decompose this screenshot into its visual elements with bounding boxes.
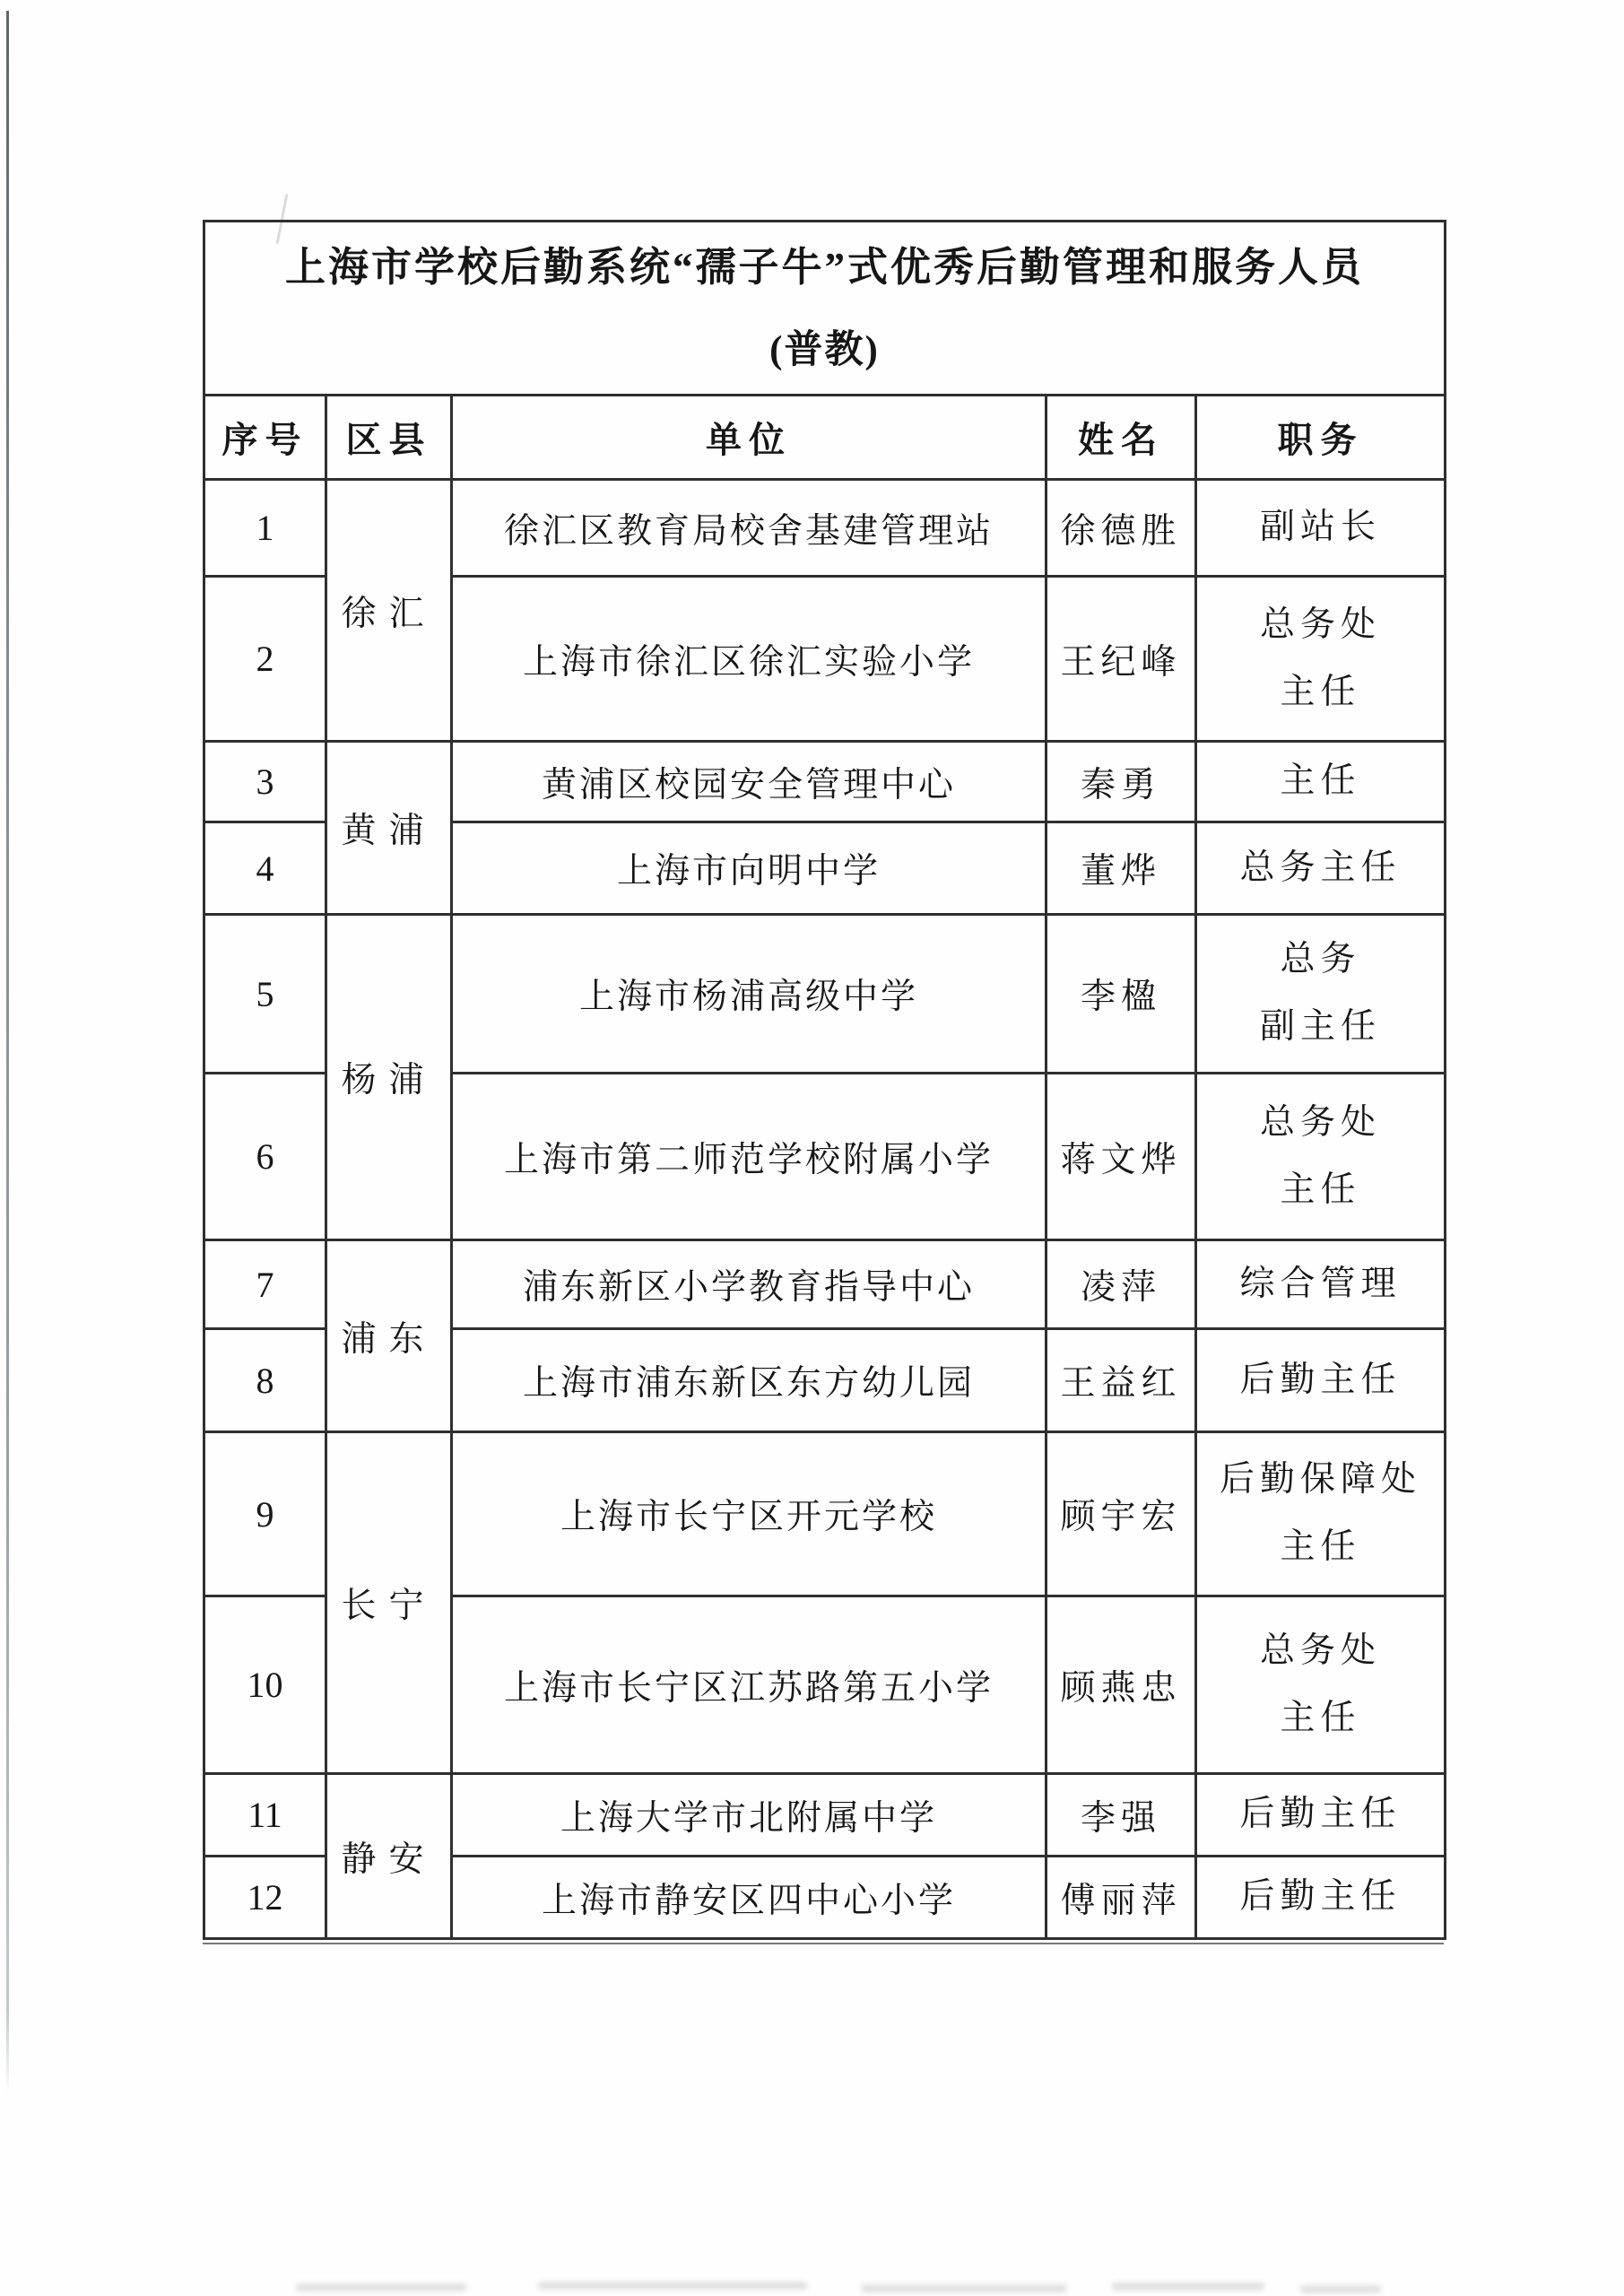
cell-name: 李楹 — [1046, 915, 1196, 1074]
cell-position: 总务 副主任 — [1196, 915, 1446, 1074]
cell-unit: 上海市向明中学 — [452, 822, 1046, 915]
scan-edge-line — [6, 11, 9, 2093]
page-bleed-smudge — [538, 2282, 807, 2290]
cell-unit: 上海市第二师范学校附属小学 — [452, 1074, 1046, 1240]
cell-name: 蒋文烨 — [1046, 1074, 1196, 1240]
table-header-row: 序号 区县 单位 姓名 职务 — [204, 396, 1446, 480]
cell-position: 后勤主任 — [1196, 1329, 1446, 1432]
position-line: 后勤主任 — [1197, 1879, 1444, 1916]
position-line: 后勤主任 — [1197, 1362, 1444, 1399]
position-line: 总务主任 — [1197, 850, 1444, 887]
position-line: 主任 — [1197, 763, 1444, 800]
cell-name: 董烨 — [1046, 822, 1196, 915]
table-title: 上海市学校后勤系统“孺子牛”式优秀后勤管理和服务人员 (普教) — [205, 222, 1444, 394]
cell-unit: 上海市杨浦高级中学 — [452, 915, 1046, 1074]
cell-unit: 上海市徐汇区徐汇实验小学 — [452, 577, 1046, 742]
position-line: 综合管理 — [1197, 1266, 1444, 1303]
cell-unit: 上海大学市北附属中学 — [452, 1774, 1046, 1857]
position-line: 后勤主任 — [1197, 1796, 1444, 1833]
award-roster-table: 上海市学校后勤系统“孺子牛”式优秀后勤管理和服务人员 (普教) 序号 区县 单位… — [203, 220, 1446, 1940]
cell-district: 浦东 — [326, 1240, 452, 1432]
header-cell-name: 姓名 — [1046, 396, 1196, 480]
cell-position: 后勤主任 — [1196, 1857, 1446, 1939]
table-title-cell: 上海市学校后勤系统“孺子牛”式优秀后勤管理和服务人员 (普教) — [204, 222, 1446, 396]
scanned-page: 上海市学校后勤系统“孺子牛”式优秀后勤管理和服务人员 (普教) 序号 区县 单位… — [0, 0, 1624, 2296]
cell-district: 长宁 — [326, 1432, 452, 1774]
cell-seq: 8 — [204, 1329, 326, 1432]
cell-name: 顾宇宏 — [1046, 1432, 1196, 1596]
page-bleed-smudge — [1112, 2283, 1264, 2291]
title-line-2: (普教) — [769, 331, 880, 370]
table-row: 7 浦东 浦东新区小学教育指导中心 凌萍 综合管理 — [204, 1240, 1446, 1329]
position-line: 主任 — [1197, 674, 1444, 711]
table-row: 11 静安 上海大学市北附属中学 李强 后勤主任 — [204, 1774, 1446, 1857]
cell-position: 后勤主任 — [1196, 1774, 1446, 1857]
position-line: 副站长 — [1197, 509, 1444, 546]
position-line: 总务处 — [1197, 607, 1444, 644]
cell-district: 黄浦 — [326, 742, 452, 915]
cell-name: 顾燕忠 — [1046, 1596, 1196, 1774]
cell-position: 总务处 主任 — [1196, 1074, 1446, 1240]
table-row: 3 黄浦 黄浦区校园安全管理中心 秦勇 主任 — [204, 742, 1446, 822]
cell-name: 王纪峰 — [1046, 577, 1196, 742]
table-row: 9 长宁 上海市长宁区开元学校 顾宇宏 后勤保障处 主任 — [204, 1432, 1446, 1596]
cell-seq: 3 — [204, 742, 326, 822]
cell-seq: 9 — [204, 1432, 326, 1596]
cell-unit: 浦东新区小学教育指导中心 — [452, 1240, 1046, 1329]
cell-seq: 11 — [204, 1774, 326, 1857]
position-line: 后勤保障处 — [1197, 1462, 1444, 1499]
page-bleed-smudge — [296, 2283, 466, 2292]
cell-name: 凌萍 — [1046, 1240, 1196, 1329]
cell-unit: 上海市静安区四中心小学 — [452, 1857, 1046, 1939]
position-line: 总务处 — [1197, 1105, 1444, 1142]
cell-seq: 4 — [204, 822, 326, 915]
cell-unit: 上海市长宁区开元学校 — [452, 1432, 1046, 1596]
position-line: 总务处 — [1197, 1633, 1444, 1670]
title-line-1: 上海市学校后勤系统“孺子牛”式优秀后勤管理和服务人员 — [285, 248, 1364, 288]
cell-unit: 上海市浦东新区东方幼儿园 — [452, 1329, 1046, 1432]
table-title-row: 上海市学校后勤系统“孺子牛”式优秀后勤管理和服务人员 (普教) — [204, 222, 1446, 396]
cell-seq: 12 — [204, 1857, 326, 1939]
cell-seq: 1 — [204, 480, 326, 577]
table-row: 1 徐汇 徐汇区教育局校舍基建管理站 徐德胜 副站长 — [204, 480, 1446, 577]
table-row: 5 杨浦 上海市杨浦高级中学 李楹 总务 副主任 — [204, 915, 1446, 1074]
header-cell-district: 区县 — [326, 396, 452, 480]
cell-name: 秦勇 — [1046, 742, 1196, 822]
cell-position: 总务主任 — [1196, 822, 1446, 915]
position-line: 主任 — [1197, 1172, 1444, 1209]
page-bleed-smudge — [1300, 2285, 1381, 2293]
cell-seq: 5 — [204, 915, 326, 1074]
cell-name: 傅丽萍 — [1046, 1857, 1196, 1939]
cell-position: 综合管理 — [1196, 1240, 1446, 1329]
cell-position: 后勤保障处 主任 — [1196, 1432, 1446, 1596]
cell-district: 杨浦 — [326, 915, 452, 1240]
cell-district: 静安 — [326, 1774, 452, 1939]
scan-double-border-line — [203, 1943, 1444, 1944]
header-cell-position: 职务 — [1196, 396, 1446, 480]
cell-unit: 黄浦区校园安全管理中心 — [452, 742, 1046, 822]
header-cell-seq: 序号 — [204, 396, 326, 480]
cell-unit: 上海市长宁区江苏路第五小学 — [452, 1596, 1046, 1774]
cell-name: 徐德胜 — [1046, 480, 1196, 577]
page-bleed-smudge — [861, 2284, 1067, 2292]
cell-name: 王益红 — [1046, 1329, 1196, 1432]
cell-position: 主任 — [1196, 742, 1446, 822]
cell-seq: 6 — [204, 1074, 326, 1240]
cell-position: 副站长 — [1196, 480, 1446, 577]
cell-position: 总务处 主任 — [1196, 1596, 1446, 1774]
cell-position: 总务处 主任 — [1196, 577, 1446, 742]
position-line: 主任 — [1197, 1700, 1444, 1737]
cell-seq: 2 — [204, 577, 326, 742]
position-line: 总务 — [1197, 942, 1444, 978]
cell-unit: 徐汇区教育局校舍基建管理站 — [452, 480, 1046, 577]
header-cell-unit: 单位 — [452, 396, 1046, 480]
cell-seq: 10 — [204, 1596, 326, 1774]
position-line: 副主任 — [1197, 1009, 1444, 1046]
cell-district: 徐汇 — [326, 480, 452, 742]
cell-name: 李强 — [1046, 1774, 1196, 1857]
position-line: 主任 — [1197, 1529, 1444, 1566]
cell-seq: 7 — [204, 1240, 326, 1329]
